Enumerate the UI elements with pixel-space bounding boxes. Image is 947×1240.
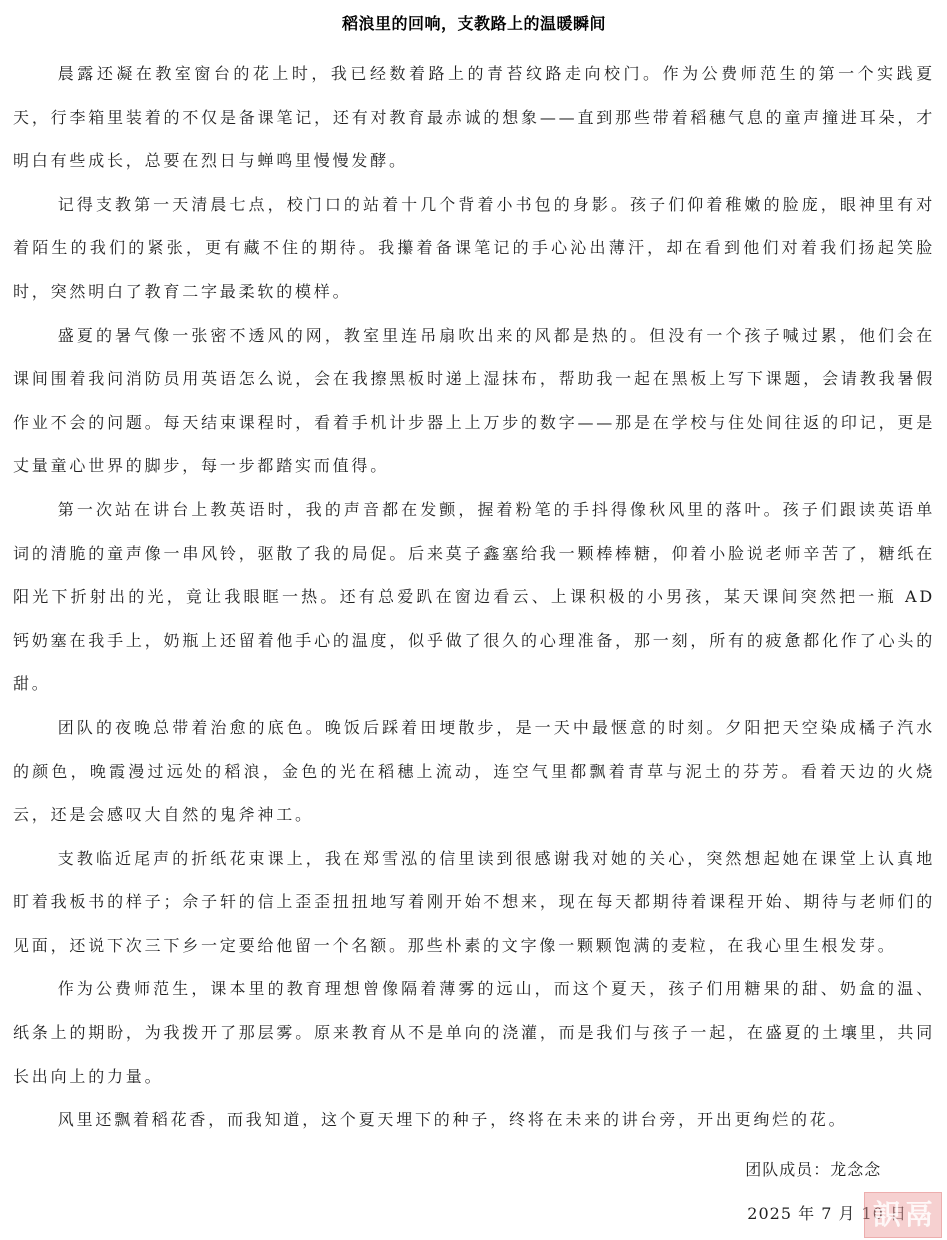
paragraph-4: 第一次站在讲台上教英语时，我的声音都在发颤，握着粉笔的手抖得像秋风里的落叶。孩子… [13, 488, 935, 706]
team-member-line: 团队成员：龙念念 [745, 1148, 907, 1192]
document-body: 晨露还凝在教室窗台的花上时，我已经数着路上的青苔纹路走向校门。作为公费师范生的第… [13, 52, 935, 1142]
paragraph-2: 记得支教第一天清晨七点，校门口的站着十几个背着小书包的身影。孩子们仰着稚嫩的脸庞… [13, 183, 935, 314]
paragraph-7: 作为公费师范生，课本里的教育理想曾像隔着薄雾的远山，而这个夏天，孩子们用糖果的甜… [13, 967, 935, 1098]
paragraph-3: 盛夏的暑气像一张密不透风的网，教室里连吊扇吹出来的风都是热的。但没有一个孩子喊过… [13, 314, 935, 488]
document-title: 稻浪里的回响，支教路上的温暖瞬间 [13, 12, 935, 36]
paragraph-1: 晨露还凝在教室窗台的花上时，我已经数着路上的青苔纹路走向校门。作为公费师范生的第… [13, 52, 935, 183]
paragraph-6: 支教临近尾声的折纸花束课上，我在郑雪泓的信里读到很感谢我对她的关心，突然想起她在… [13, 837, 935, 968]
paragraph-8: 风里还飘着稻花香，而我知道，这个夏天埋下的种子，终将在未来的讲台旁，开出更绚烂的… [13, 1098, 935, 1142]
watermark-glyph-left: 䛊 [873, 1195, 901, 1235]
watermark-glyph-right: 鬲 [905, 1195, 933, 1235]
paragraph-5: 团队的夜晚总带着治愈的底色。晚饭后踩着田埂散步，是一天中最惬意的时刻。夕阳把天空… [13, 706, 935, 837]
watermark-stamp-icon: 䛊 鬲 [864, 1192, 942, 1238]
